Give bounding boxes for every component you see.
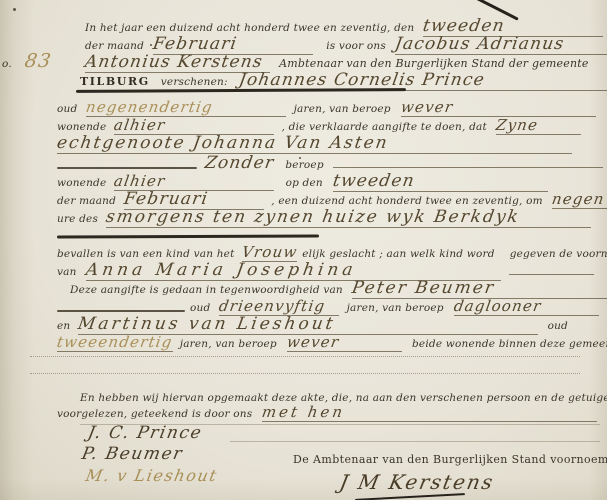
entry-witness1-name: Peter Beumer xyxy=(350,278,496,298)
printed-jaren-beroep: jaren, van beroep xyxy=(294,103,391,115)
printed-van: van xyxy=(57,266,77,278)
signature-witness2: M. v Lieshout xyxy=(84,466,219,485)
official-title: De Ambtenaar van den Burgerlijken Stand … xyxy=(293,448,607,467)
act-number-prefix: o. xyxy=(2,58,12,70)
form-line-declarant-residence: wonende alhier , die verklaarde aangifte… xyxy=(57,115,581,135)
entry-day: tweeden xyxy=(422,16,507,36)
entry-birth-hour: negen xyxy=(550,190,606,208)
blank-ruled-line xyxy=(30,356,580,357)
printed-declaration: , die verklaarde aangifte te doen, dat xyxy=(282,121,487,133)
blank-line xyxy=(509,274,594,275)
entry-declarant-name: Johannes Cornelis Prince xyxy=(237,70,486,90)
printed-wonende: wonende xyxy=(57,121,106,133)
entry-spouse-name: echtgenoote Johanna Van Asten xyxy=(55,133,390,153)
printed-jaren-beroep2: jaren, van beroep xyxy=(347,302,444,314)
printed-oud2: oud xyxy=(190,302,210,314)
printed-registrar-title: Ambtenaar van den Burgerlijken Stand der… xyxy=(279,57,589,70)
heavy-rule xyxy=(57,235,319,238)
printed-in-presence-of: Deze aangifte is gedaan in tegenwoordigh… xyxy=(70,284,343,296)
printed-birth-year: , een duizend acht honderd twee en zeven… xyxy=(271,195,543,207)
birth-certificate-scan: o. 83 In het jaar een duizend acht honde… xyxy=(0,0,607,500)
printed-before-us: is voor ons xyxy=(326,40,386,52)
printed-wonende2: wonende xyxy=(57,177,106,189)
entry-child-names: Anna Maria Josephina xyxy=(84,260,358,280)
printed-official-title: De Ambtenaar van den Burgerlijken Stand … xyxy=(293,453,607,466)
entry-registrar-first-names: Jacobus Adrianus xyxy=(393,34,566,54)
form-line-child-sex: bevallen is van een kind van het Vrouw e… xyxy=(57,242,607,262)
printed-sex-suffix: elijk geslacht ; aan welk kind word xyxy=(302,248,494,260)
signature-declarant: J. C. Prince xyxy=(86,423,204,443)
paper-speck xyxy=(13,8,16,11)
printed-appeared: verschenen: xyxy=(161,76,228,88)
entry-spouse-residence: alhier xyxy=(113,172,167,190)
heavy-rule xyxy=(76,88,406,93)
form-line-spouse-occupation: Zonder beroep xyxy=(205,153,603,173)
printed-municipality: TILBURG xyxy=(80,75,150,88)
form-line-closing2: voorgelezen, geteekend is door ons met h… xyxy=(57,402,597,422)
printed-en: en xyxy=(57,320,70,332)
printed-der-maand: der maand xyxy=(57,195,116,207)
form-line-witness1-age: oud drieenvyftig jaren, van beroep daglo… xyxy=(190,296,599,316)
printed-oud: oud xyxy=(57,103,77,115)
form-line-spouse: echtgenoote Johanna Van Asten xyxy=(57,133,572,154)
entry-witness2-name: Martinus van Lieshout xyxy=(77,314,338,334)
entry-declarant-age: negenendertig xyxy=(84,98,214,116)
entry-witness2-age: tweeendertig xyxy=(56,333,174,351)
entry-witness1-occupation: daglooner xyxy=(452,297,542,315)
form-line-declarant-age: oud negenendertig jaren, van beroep weve… xyxy=(57,97,596,117)
entry-birth-day: tweeden xyxy=(331,171,416,191)
act-number: o. 83 xyxy=(2,50,52,72)
printed-given-forename: gegeven de voorn xyxy=(510,248,607,260)
entry-birth-month: Februari xyxy=(123,189,210,209)
act-number-value: 83 xyxy=(23,50,53,72)
signature-flourish xyxy=(355,493,465,500)
entry-month: Februari xyxy=(152,34,239,54)
printed-oud3: oud xyxy=(548,320,568,332)
entry-declarant-residence: alhier xyxy=(113,116,167,134)
entry-witness2-occupation: wever xyxy=(285,333,340,351)
ruled-line xyxy=(230,441,600,442)
entry-witness1-age: drieenvyftig xyxy=(217,297,326,315)
signature-witness1: P. Beumer xyxy=(80,444,185,464)
blank-ruled-line xyxy=(30,373,580,374)
entry-spouse-occupation: Zonder xyxy=(203,153,275,173)
signature-official: J M Kerstens xyxy=(338,470,497,494)
entry-declarant-occupation: wever xyxy=(399,98,454,116)
form-line-witness2-age: tweeendertig jaren, van beroep wever bei… xyxy=(57,332,607,352)
printed-month-label: der maand xyxy=(85,40,144,52)
blank-line xyxy=(333,167,603,168)
entry-child-sex: Vrouw xyxy=(240,243,298,261)
printed-beroep: beroep xyxy=(285,159,323,171)
printed-closing2: voorgelezen, geteekend is door ons xyxy=(57,408,252,420)
printed-year-text: In het jaar een duizend acht honderd twe… xyxy=(85,22,414,34)
entry-birth-time-place: smorgens ten zynen huize wyk Berkdyk xyxy=(105,207,522,227)
printed-born-child: bevallen is van een kind van het xyxy=(57,248,235,260)
rule-before-oud xyxy=(57,310,185,312)
printed-jaren-beroep3: jaren, van beroep xyxy=(180,338,277,350)
entry-registrar-surname: Antonius Kerstens xyxy=(83,52,264,72)
form-line-birth-place: ure des smorgens ten zynen huize wyk Ber… xyxy=(57,207,591,228)
entry-signed-with: met hen xyxy=(261,403,347,421)
entry-his: Zyne xyxy=(495,116,540,134)
printed-op-den: op den xyxy=(286,177,323,189)
printed-both-residing: beide wonende binnen deze gemeente. xyxy=(412,338,607,350)
rule-before-zonder xyxy=(57,167,197,169)
printed-ure-des: ure des xyxy=(57,213,98,225)
